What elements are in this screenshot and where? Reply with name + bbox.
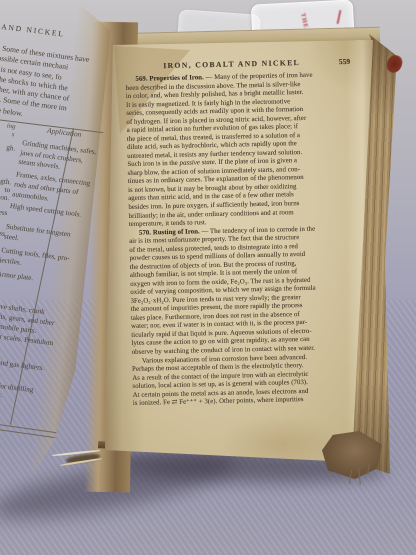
cell-fragment: ion. bbox=[0, 192, 10, 203]
bold-run: 569. Properties of Iron. bbox=[135, 74, 203, 83]
text-run: If the plate of iron is given a bbox=[216, 157, 297, 166]
entry-line: Cigar and gas lighters. bbox=[0, 356, 66, 376]
right-page-text: IRON, COBALT AND NICKEL 559 569. Propert… bbox=[125, 52, 360, 409]
running-header: AND NICKEL bbox=[1, 22, 65, 39]
body-text: 569. Properties of Iron. — Many of the p… bbox=[125, 71, 359, 409]
text-run: — Many of the properties of iron have bbox=[204, 72, 313, 81]
italic-run: passive state. bbox=[180, 159, 217, 167]
bold-run: 570. Rusting of Iron. bbox=[139, 228, 200, 236]
right-page: IRON, COBALT AND NICKEL 559 569. Propert… bbox=[104, 36, 376, 466]
table-col1-header: ings bbox=[0, 121, 16, 138]
cell-fragment: ess bbox=[0, 207, 8, 218]
page-number: 559 bbox=[339, 57, 351, 66]
application-entry: Retorts for distillingacids, etc. bbox=[0, 379, 62, 409]
cell-fragment: gth. bbox=[0, 176, 12, 187]
cell-fragment: gh. bbox=[0, 142, 16, 153]
application-entry: Cigar and gas lighters. bbox=[0, 356, 66, 376]
page-title: IRON, COBALT AND NICKEL bbox=[125, 57, 338, 71]
text-run: Such iron is in the bbox=[127, 160, 179, 168]
book-photo: THE IRON, COBALT AND NICKEL 559 569. Pro… bbox=[0, 0, 416, 555]
